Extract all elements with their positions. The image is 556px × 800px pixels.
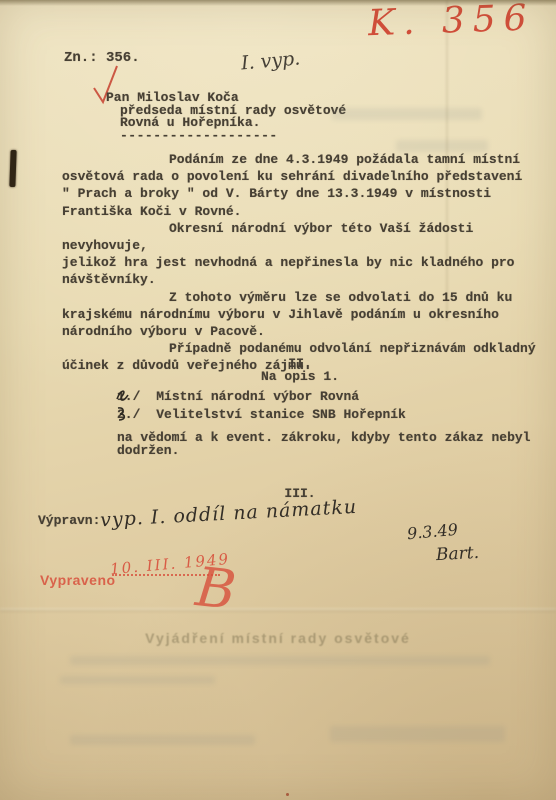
list-item-number: 2./ [117, 407, 140, 422]
letter-body: Podáním ze dne 4.3.1949 požádala tamní m… [62, 151, 538, 375]
bleedthrough-ghost [332, 108, 482, 120]
signature: Bart. [436, 543, 480, 565]
dispatched-stamp: Vypraveno [40, 572, 116, 588]
paper-speck [286, 793, 289, 796]
bleedthrough-ghost [70, 735, 255, 745]
paper-crease [0, 608, 556, 612]
staple-mark [9, 150, 16, 187]
handwritten-date: 9.3.49 [406, 520, 458, 543]
list-item-number: 1./ [117, 389, 140, 404]
bleedthrough-ghost [396, 140, 488, 152]
paragraph-request: Podáním ze dne 4.3.1949 požádala tamní m… [62, 151, 538, 220]
bleedthrough-heading: Vyjádření místní rady osvětové [0, 630, 556, 646]
bleedthrough-ghost [60, 676, 215, 684]
list-item-label: Velitelství stanice SNB Hořepník [156, 407, 406, 422]
list-item: 2./ Velitelství stanice SNB Hořepník [117, 407, 406, 425]
scanned-document-page: K. 356 Zn.: 356. I. vyp. Pan Miloslav Ko… [0, 0, 556, 800]
distribution-note: na vědomí a k event. zákroku, kdyby tent… [117, 431, 547, 457]
addressee-underline: ------------------- [120, 130, 346, 143]
list-item: 1./ Místní národní výbor Rovná [117, 389, 406, 407]
paragraph-appeal: Z tohoto výměru lze se odvolati do 15 dn… [62, 289, 538, 341]
distribution-list: 1./ Místní národní výbor Rovná 2./ Velit… [117, 389, 406, 425]
paragraph-decision: Okresní národní výbor této Vaší žádosti … [62, 220, 538, 289]
bleedthrough-ghost [70, 656, 490, 665]
bleedthrough-ghost [330, 726, 505, 742]
copy-note-handwritten: I. vyp. [240, 47, 301, 74]
list-item-label: Místní národní výbor Rovná [156, 389, 359, 404]
overstrike-mark [114, 405, 132, 423]
section-2-subheading: Na opis 1. [62, 369, 538, 384]
addressee-block: Pan Miloslav Koča předseda místní rady o… [106, 92, 346, 142]
paper-crease [446, 0, 448, 320]
archival-number-handwritten: K. 356 [367, 0, 554, 44]
dispatch-label: Výpravn: [38, 513, 100, 528]
overstrike-mark [114, 387, 132, 405]
